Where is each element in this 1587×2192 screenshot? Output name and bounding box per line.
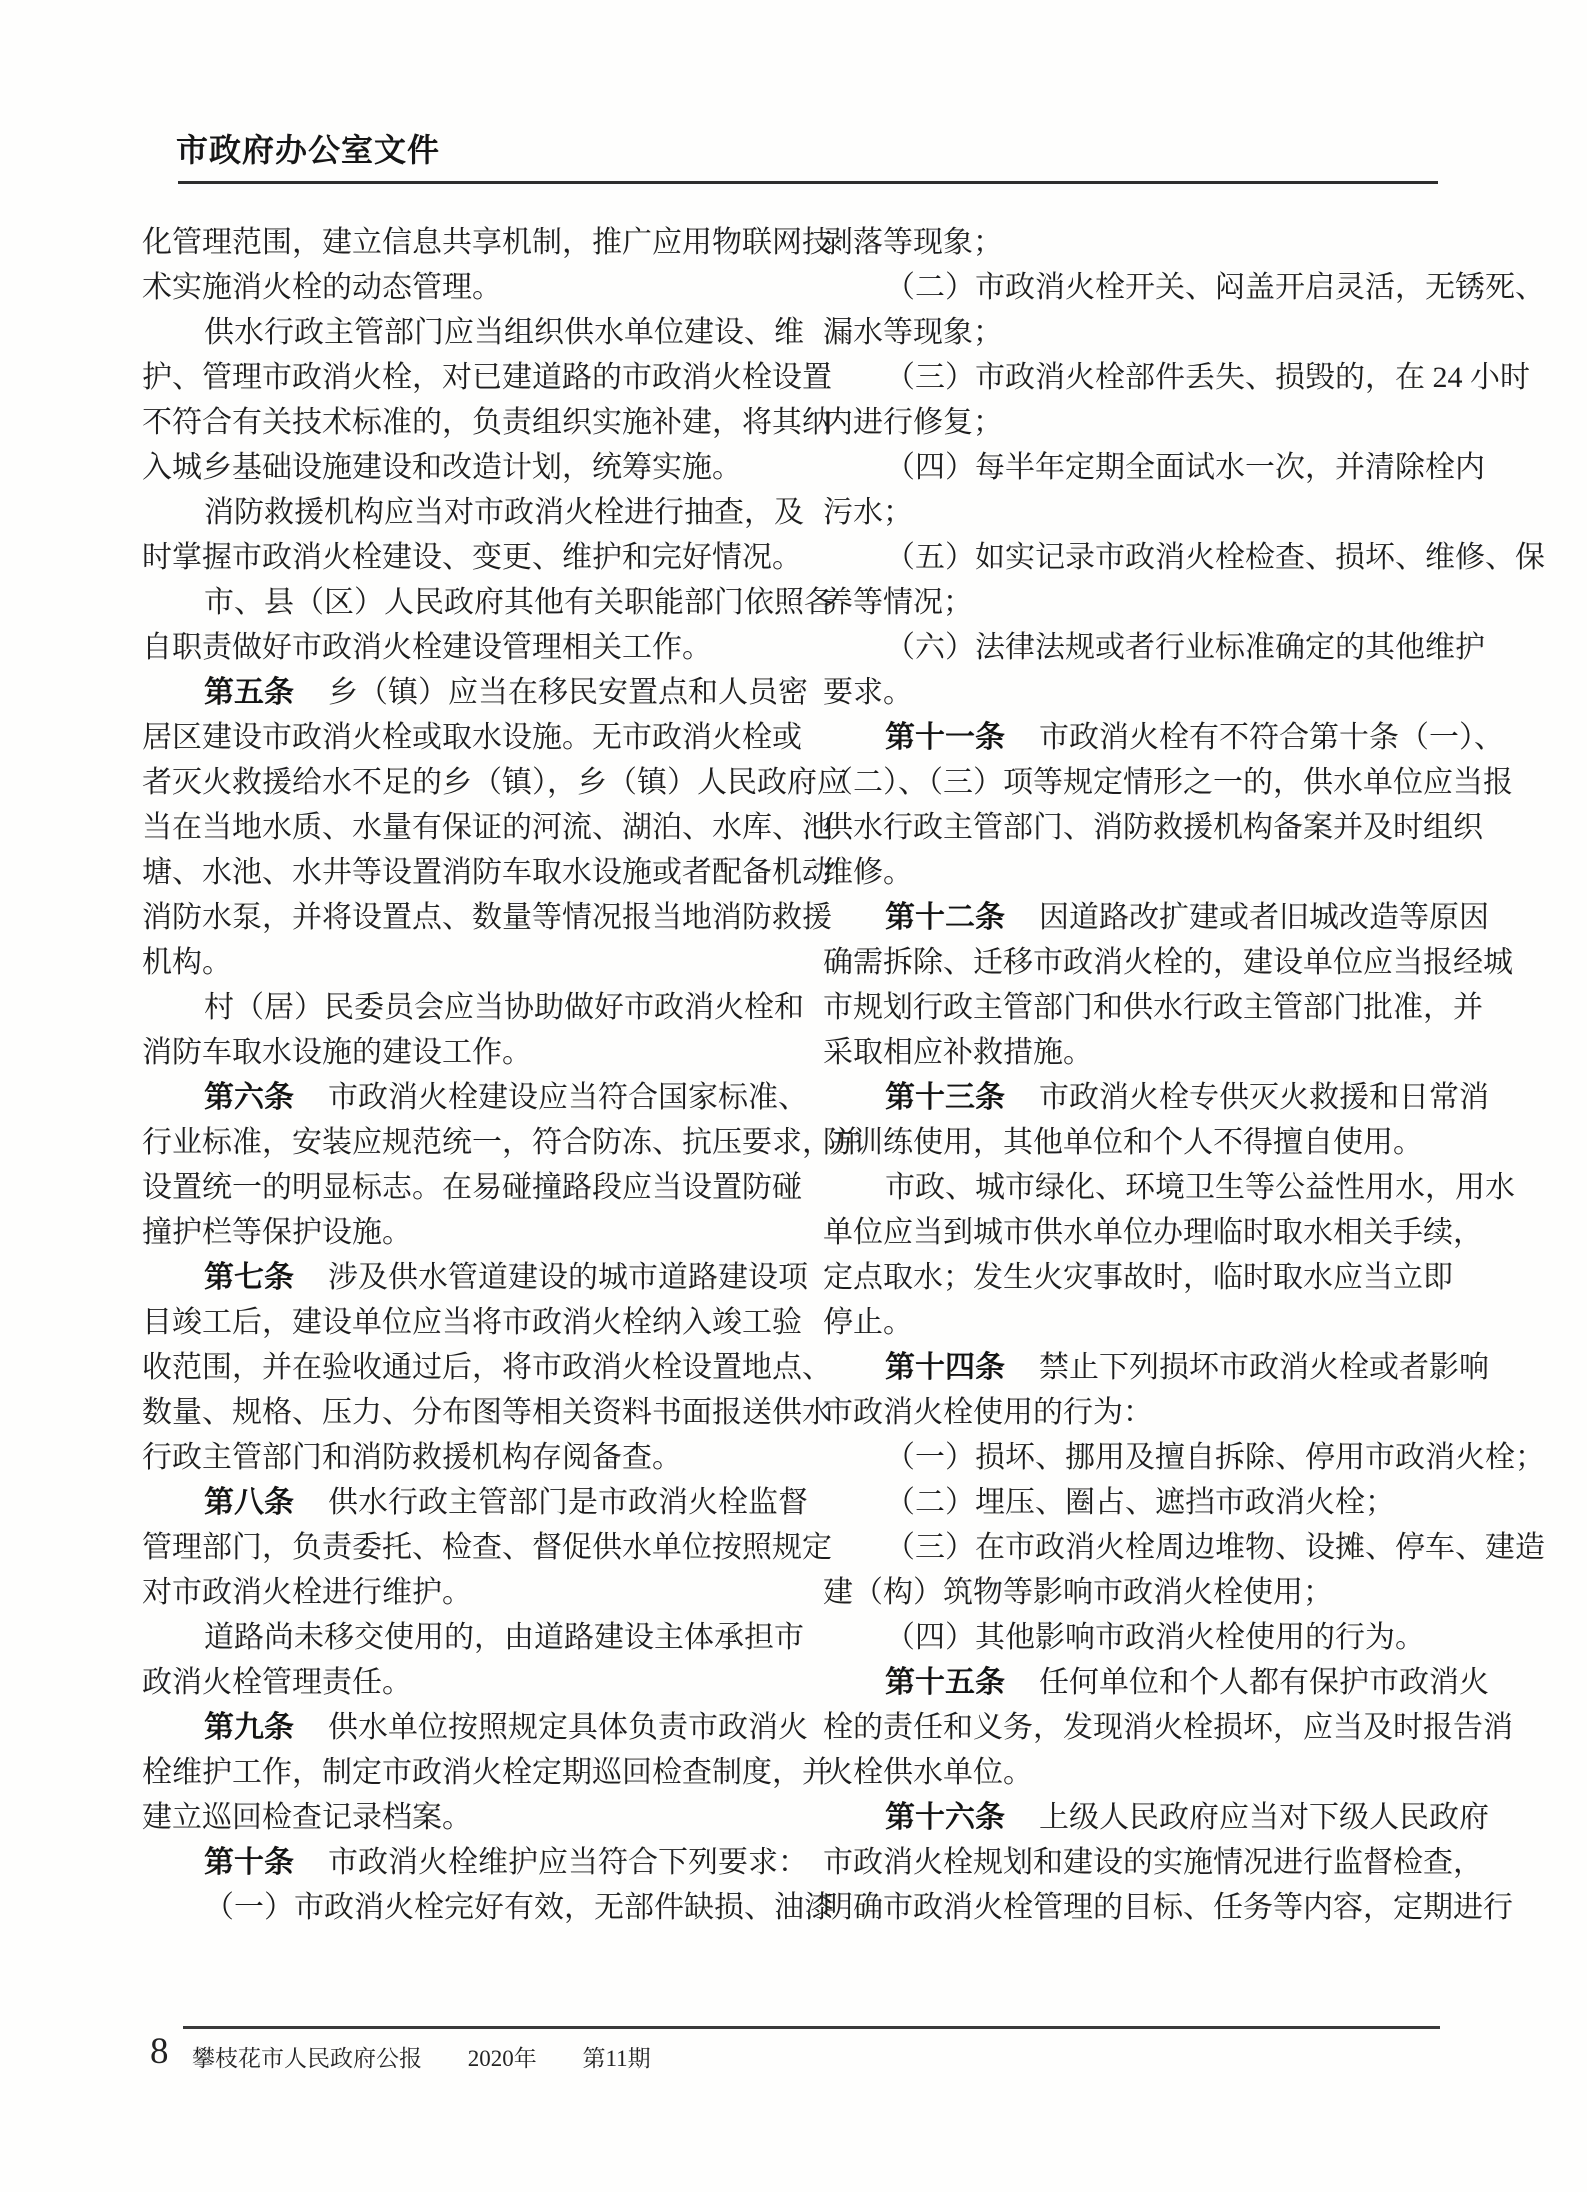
text-line: 第七条涉及供水管道建设的城市道路建设项 <box>142 1255 782 1300</box>
text-line: 管理部门，负责委托、检查、督促供水单位按照规定 <box>142 1525 782 1570</box>
text-line: 化管理范围，建立信息共享机制，推广应用物联网技 <box>142 220 782 265</box>
text-line: 第十二条因道路改扩建或者旧城改造等原因 <box>823 895 1463 940</box>
text-line: 第十一条市政消火栓有不符合第十条（一）、 <box>823 715 1463 760</box>
text-line: 术实施消火栓的动态管理。 <box>142 265 782 310</box>
text-line: 第十三条市政消火栓专供灭火救援和日常消 <box>823 1075 1463 1120</box>
text-line: 定点取水；发生火灾事故时，临时取水应当立即 <box>823 1255 1463 1300</box>
text-line: 确需拆除、迁移市政消火栓的，建设单位应当报经城 <box>823 940 1463 985</box>
text-line: 内进行修复； <box>823 400 1463 445</box>
article-number: 第九条 <box>204 1711 294 1744</box>
text-line: 设置统一的明显标志。在易碰撞路段应当设置防碰 <box>142 1165 782 1210</box>
text-line: 第五条乡（镇）应当在移民安置点和人员密 <box>142 670 782 715</box>
text-line: 第九条供水单位按照规定具体负责市政消火 <box>142 1705 782 1750</box>
text-line: 火栓供水单位。 <box>823 1750 1463 1795</box>
text-line: （五）如实记录市政消火栓检查、损坏、维修、保 <box>823 535 1463 580</box>
text-line: 明确市政消火栓管理的目标、任务等内容，定期进行 <box>823 1885 1463 1930</box>
text-line: 行政主管部门和消防救援机构存阅备查。 <box>142 1435 782 1480</box>
text-line: 消防水泵，并将设置点、数量等情况报当地消防救援 <box>142 895 782 940</box>
article-number: 第十二条 <box>885 901 1005 934</box>
text-line: （四）其他影响市政消火栓使用的行为。 <box>823 1615 1463 1660</box>
text-line: 塘、水池、水井等设置消防车取水设施或者配备机动 <box>142 850 782 895</box>
text-line: 入城乡基础设施建设和改造计划，统筹实施。 <box>142 445 782 490</box>
text-line: （一）市政消火栓完好有效，无部件缺损、油漆 <box>142 1885 782 1930</box>
text-line: 单位应当到城市供水单位办理临时取水相关手续， <box>823 1210 1463 1255</box>
text-line: 第十六条上级人民政府应当对下级人民政府 <box>823 1795 1463 1840</box>
text-line: 对市政消火栓进行维护。 <box>142 1570 782 1615</box>
text-line: 第八条供水行政主管部门是市政消火栓监督 <box>142 1480 782 1525</box>
text-line: 者灭火救援给水不足的乡（镇），乡（镇）人民政府应 <box>142 760 782 805</box>
text-line: 养等情况； <box>823 580 1463 625</box>
text-line: 第十五条任何单位和个人都有保护市政消火 <box>823 1660 1463 1705</box>
text-line: （二）、（三）项等规定情形之一的，供水单位应当报 <box>823 760 1463 805</box>
text-line: 撞护栏等保护设施。 <box>142 1210 782 1255</box>
text-line: （六）法律法规或者行业标准确定的其他维护 <box>823 625 1463 670</box>
text-line: 自职责做好市政消火栓建设管理相关工作。 <box>142 625 782 670</box>
article-number: 第十条 <box>204 1846 294 1879</box>
text-line: 市、县（区）人民政府其他有关职能部门依照各 <box>142 580 782 625</box>
article-number: 第十五条 <box>885 1666 1005 1699</box>
text-line: 第十四条禁止下列损坏市政消火栓或者影响 <box>823 1345 1463 1390</box>
text-line: 防训练使用，其他单位和个人不得擅自使用。 <box>823 1120 1463 1165</box>
text-line: 时掌握市政消火栓建设、变更、维护和完好情况。 <box>142 535 782 580</box>
text-line: 污水； <box>823 490 1463 535</box>
article-number: 第七条 <box>204 1261 294 1294</box>
text-line: 建（构）筑物等影响市政消火栓使用； <box>823 1570 1463 1615</box>
footer-rule <box>183 2026 1440 2029</box>
gazette-issue: 第11期 <box>583 2046 651 2071</box>
document-category-title: 市政府办公室文件 <box>176 130 440 170</box>
text-line: 居区建设市政消火栓或取水设施。无市政消火栓或 <box>142 715 782 760</box>
text-line: 市政、城市绿化、环境卫生等公益性用水，用水 <box>823 1165 1463 1210</box>
text-line: 政消火栓管理责任。 <box>142 1660 782 1705</box>
text-line: 收范围，并在验收通过后，将市政消火栓设置地点、 <box>142 1345 782 1390</box>
text-line: 第六条市政消火栓建设应当符合国家标准、 <box>142 1075 782 1120</box>
text-line: 停止。 <box>823 1300 1463 1345</box>
article-number: 第十三条 <box>885 1081 1005 1114</box>
text-line: 供水行政主管部门应当组织供水单位建设、维 <box>142 310 782 355</box>
text-line: 消防救援机构应当对市政消火栓进行抽查，及 <box>142 490 782 535</box>
article-number: 第十六条 <box>885 1801 1005 1834</box>
text-line: 供水行政主管部门、消防救援机构备案并及时组织 <box>823 805 1463 850</box>
article-number: 第十一条 <box>885 721 1005 754</box>
text-line: （四）每半年定期全面试水一次，并清除栓内 <box>823 445 1463 490</box>
text-line: 建立巡回检查记录档案。 <box>142 1795 782 1840</box>
text-line: （三）市政消火栓部件丢失、损毁的，在 24 小时 <box>823 355 1463 400</box>
text-line: （二）市政消火栓开关、闷盖开启灵活，无锈死、 <box>823 265 1463 310</box>
article-number: 第十四条 <box>885 1351 1005 1384</box>
text-line: 行业标准，安装应规范统一，符合防冻、抗压要求，并 <box>142 1120 782 1165</box>
text-line: 栓维护工作，制定市政消火栓定期巡回检查制度，并 <box>142 1750 782 1795</box>
text-line: 村（居）民委员会应当协助做好市政消火栓和 <box>142 985 782 1030</box>
text-line: （一）损坏、挪用及擅自拆除、停用市政消火栓； <box>823 1435 1463 1480</box>
text-line: 道路尚未移交使用的，由道路建设主体承担市 <box>142 1615 782 1660</box>
footer-text: 攀枝花市人民政府公报 2020年 第11期 <box>192 2042 651 2076</box>
left-column: 化管理范围，建立信息共享机制，推广应用物联网技术实施消火栓的动态管理。供水行政主… <box>142 220 782 1930</box>
text-line: 消防车取水设施的建设工作。 <box>142 1030 782 1075</box>
gazette-page: 市政府办公室文件 化管理范围，建立信息共享机制，推广应用物联网技术实施消火栓的动… <box>0 0 1587 2192</box>
header-rule <box>178 181 1438 184</box>
text-line: 市政消火栓使用的行为： <box>823 1390 1463 1435</box>
gazette-name: 攀枝花市人民政府公报 <box>192 2046 422 2071</box>
text-line: 市规划行政主管部门和供水行政主管部门批准，并 <box>823 985 1463 1030</box>
text-line: 维修。 <box>823 850 1463 895</box>
article-number: 第六条 <box>204 1081 294 1114</box>
text-line: 栓的责任和义务，发现消火栓损坏，应当及时报告消 <box>823 1705 1463 1750</box>
gazette-year: 2020年 <box>468 2046 537 2071</box>
text-line: 不符合有关技术标准的，负责组织实施补建，将其纳 <box>142 400 782 445</box>
text-line: 护、管理市政消火栓，对已建道路的市政消火栓设置 <box>142 355 782 400</box>
text-line: 数量、规格、压力、分布图等相关资料书面报送供水 <box>142 1390 782 1435</box>
article-number: 第八条 <box>204 1486 294 1519</box>
text-line: 当在当地水质、水量有保证的河流、湖泊、水库、池 <box>142 805 782 850</box>
text-line: 要求。 <box>823 670 1463 715</box>
text-line: 机构。 <box>142 940 782 985</box>
article-number: 第五条 <box>204 676 294 709</box>
text-line: 市政消火栓规划和建设的实施情况进行监督检查， <box>823 1840 1463 1885</box>
text-line: 采取相应补救措施。 <box>823 1030 1463 1075</box>
text-line: 剥落等现象； <box>823 220 1463 265</box>
text-line: 目竣工后，建设单位应当将市政消火栓纳入竣工验 <box>142 1300 782 1345</box>
text-line: 第十条市政消火栓维护应当符合下列要求： <box>142 1840 782 1885</box>
text-line: 漏水等现象； <box>823 310 1463 355</box>
right-column: 剥落等现象；（二）市政消火栓开关、闷盖开启灵活，无锈死、漏水等现象；（三）市政消… <box>823 220 1463 1930</box>
text-line: （二）埋压、圈占、遮挡市政消火栓； <box>823 1480 1463 1525</box>
page-number: 8 <box>150 2032 169 2072</box>
text-line: （三）在市政消火栓周边堆物、设摊、停车、建造 <box>823 1525 1463 1570</box>
